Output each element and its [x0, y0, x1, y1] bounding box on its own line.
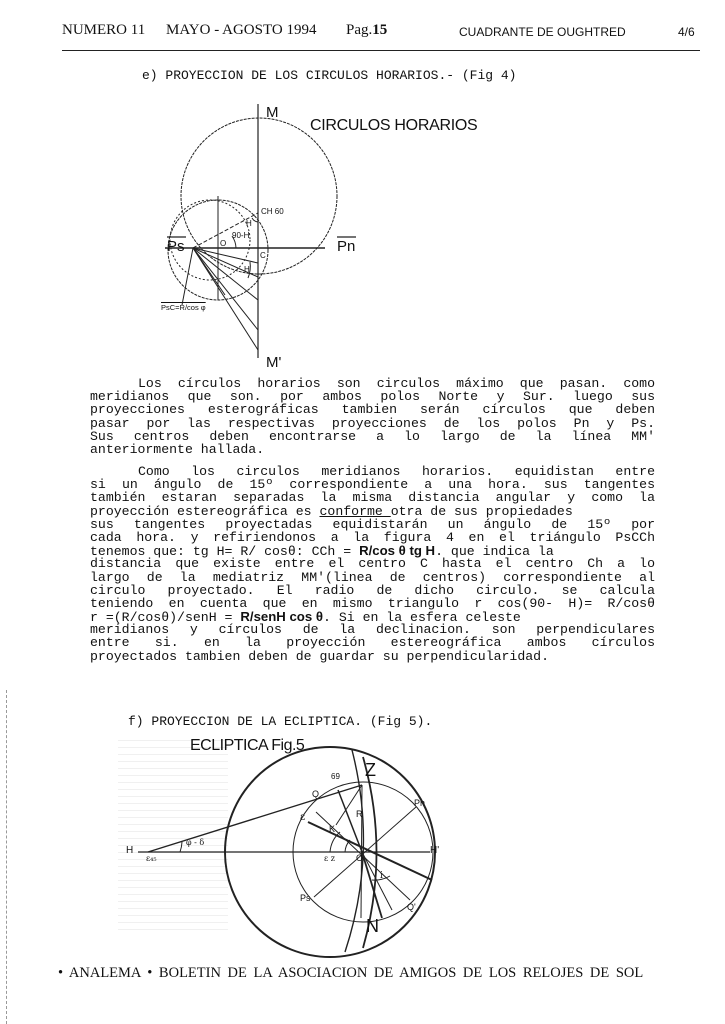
label-Ps: Ps — [300, 893, 311, 903]
label-N: N — [366, 916, 379, 937]
label-epsilon: ε — [300, 812, 305, 823]
label-O: O — [356, 853, 363, 863]
paragraph-1-line: proyecciones esterográficas tambien será… — [90, 403, 655, 416]
paragraph-2-line: circulo proyectado. El radio de dicho ci… — [90, 584, 655, 597]
scan-noise — [118, 735, 228, 930]
label-69: 69 — [331, 772, 340, 781]
page-number: Pag.15 — [346, 22, 387, 39]
figure-5-title: ECLIPTICA Fig.5 — [190, 737, 304, 755]
article-page: 4/6 — [678, 25, 695, 39]
issue-number: NUMERO 11 — [62, 22, 145, 39]
label-M: M — [266, 104, 279, 121]
label-phi-minus-delta: φ - δ — [186, 838, 204, 847]
label-K: K — [329, 824, 335, 834]
section-f-heading: f) PROYECCION DE LA ECLIPTICA. (Fig 5). — [128, 714, 432, 729]
page-number-value: 15 — [372, 22, 387, 38]
paragraph-1-line: Sus centros deben encontrarse a lo largo… — [90, 430, 655, 443]
paragraph-2: Como los circulos meridianos horarios. e… — [90, 465, 655, 663]
label-Pn: Pn — [337, 238, 355, 255]
issue-period: MAYO - AGOSTO 1994 — [166, 22, 316, 39]
label-R: R — [356, 809, 363, 819]
page-footer: • ANALEMA • BOLETIN DE LA ASOCIACION DE … — [58, 965, 643, 982]
label-H-prime: H' — [430, 845, 439, 856]
paragraph-2-line: teniendo en cuenta que en mismo triangul… — [90, 597, 655, 610]
figure-4-title: CIRCULOS HORARIOS — [310, 117, 477, 135]
paragraph-2-line: sus tangentes proyectadas equidistarán u… — [90, 518, 655, 531]
label-O: O — [220, 239, 226, 248]
label-PsC: PsC=R/cos φ — [161, 303, 206, 312]
label-H: H — [126, 845, 133, 856]
scan-margin — [6, 690, 7, 1024]
paragraph-1-line: anteriormente hallada. — [90, 443, 655, 456]
label-90-H: 90-H — [232, 231, 249, 240]
label-Q-prime: Q' — [407, 902, 416, 912]
section-e-heading: e) PROYECCION DE LOS CIRCULOS HORARIOS.-… — [142, 68, 516, 83]
paragraph-1: Los círculos horarios son circulos máxim… — [90, 377, 655, 456]
page-prefix: Pag. — [346, 22, 372, 38]
label-Ch: CH 60 — [261, 207, 284, 216]
label-Q: Q — [312, 789, 319, 799]
label-H-bottom: H — [244, 265, 250, 274]
page-header: NUMERO 11 MAYO - AGOSTO 1994 Pag.15 CUAD… — [62, 22, 702, 42]
paragraph-2-line: largo de la mediatriz MM'(linea de centr… — [90, 571, 655, 584]
label-Ps: Ps — [167, 238, 185, 255]
label-Pn: Pn — [414, 798, 425, 808]
label-Z: Z — [365, 760, 376, 781]
label-M-prime: M' — [266, 354, 281, 371]
article-title: CUADRANTE DE OUGHTRED — [459, 25, 626, 39]
label-epsilon-h: ε₄₅ — [146, 854, 157, 863]
label-C: C — [260, 251, 266, 260]
paragraph-2-line: distancia que existe entre el centro C h… — [90, 557, 655, 570]
label-i: i — [380, 871, 383, 881]
label-epsilon-z: ε z — [324, 854, 335, 863]
paragraph-1-line: pasar por las respectivas proyecciones d… — [90, 417, 655, 430]
paragraph-2-line: proyectados tambien deben de guardar su … — [90, 650, 655, 663]
paragraph-2-line: proyección estereográfica es conforme ot… — [90, 505, 655, 518]
label-H-top: H — [246, 219, 252, 228]
paragraph-2-line: entre si. en la proyección estereográfic… — [90, 636, 655, 649]
header-rule — [62, 50, 700, 51]
